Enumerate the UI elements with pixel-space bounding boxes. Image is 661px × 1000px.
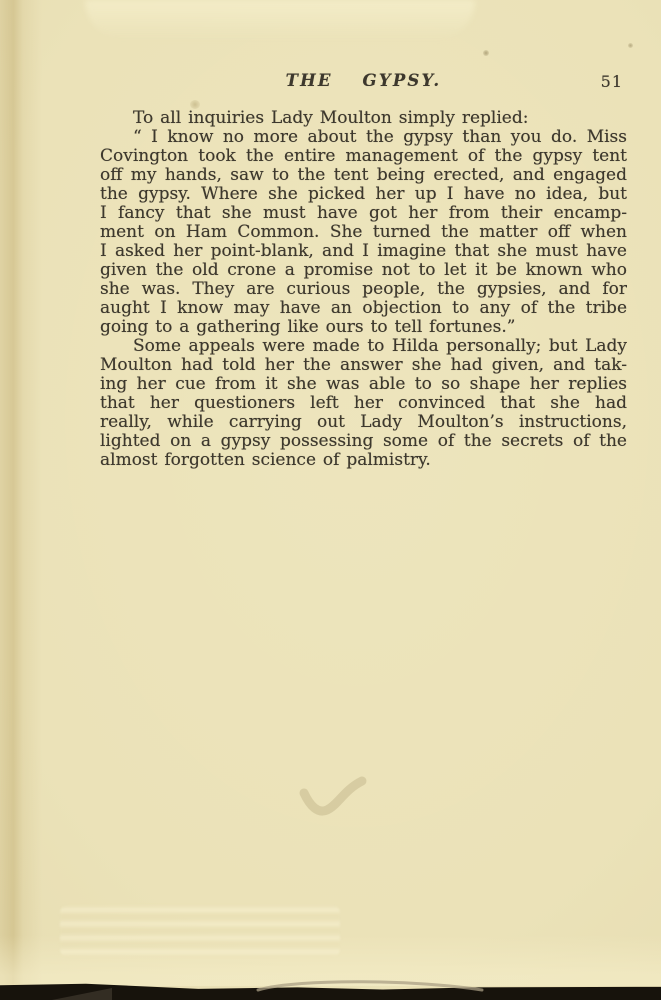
text-line: the gypsy. Where she picked her up I hav… (100, 185, 627, 204)
paper-speck (628, 43, 633, 48)
running-header: THE GYPSY. 51 (100, 71, 627, 95)
text-line: almost forgotten science of palmistry. (100, 451, 627, 470)
paragraph: “ I know no more about the gypsy than yo… (100, 128, 627, 337)
text-line: Moulton had told her the answer she had … (100, 356, 627, 375)
text-line: that her questioners left her convinced … (100, 394, 627, 413)
text-line: she was. They are curious people, the gy… (100, 280, 627, 299)
text-line: I fancy that she must have got her from … (100, 204, 627, 223)
text-line: Some appeals were made to Hilda personal… (100, 337, 627, 356)
checkmark-smudge (285, 765, 385, 825)
text-line: going to a gathering like ours to tell f… (100, 318, 627, 337)
page-title: THE GYPSY. (100, 71, 627, 90)
text-line: I asked her point-blank, and I imagine t… (100, 242, 627, 261)
binding-crease (0, 0, 42, 1000)
page-number: 51 (601, 72, 623, 91)
text-line: off my hands, saw to the tent being erec… (100, 166, 627, 185)
paper-speck (483, 50, 489, 56)
text-line: lighted on a gypsy possessing some of th… (100, 432, 627, 451)
paragraph: Some appeals were made to Hilda personal… (100, 337, 627, 470)
scanned-book-page: THE GYPSY. 51 To all inquiries Lady Moul… (0, 0, 661, 1000)
page-edge-streaks (60, 905, 340, 957)
paragraph: To all inquiries Lady Moulton simply rep… (100, 109, 627, 128)
text-block: To all inquiries Lady Moulton simply rep… (100, 109, 627, 470)
text-line: ing her cue from it she was able to so s… (100, 375, 627, 394)
text-line: ment on Ham Common. She turned the matte… (100, 223, 627, 242)
text-line: “ I know no more about the gypsy than yo… (100, 128, 627, 147)
text-line: Covington took the entire management of … (100, 147, 627, 166)
text-line: To all inquiries Lady Moulton simply rep… (100, 109, 627, 128)
text-line: really, while carrying out Lady Moulton’… (100, 413, 627, 432)
paper-speck (190, 100, 200, 109)
text-line: aught I know may have an objection to an… (100, 299, 627, 318)
scan-glare (85, 0, 475, 40)
text-line: given the old crone a promise not to let… (100, 261, 627, 280)
